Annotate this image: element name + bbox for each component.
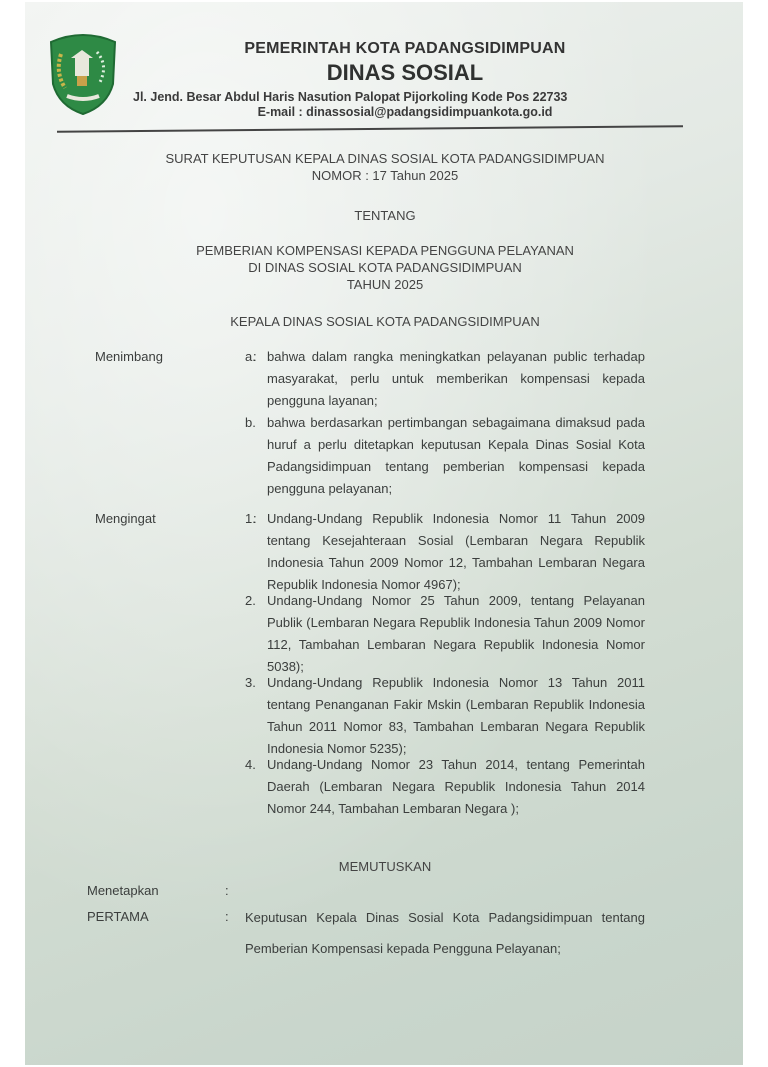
menetapkan-colon: : [225,880,229,902]
memutuskan-heading: MEMUTUSKAN [85,858,685,875]
item-marker: 1. [245,508,256,530]
letterhead-divider [57,125,683,132]
city-coat-of-arms-icon [47,32,119,116]
item-marker: 4. [245,754,256,776]
pertama-colon: : [225,906,229,928]
document-page: PEMERINTAH KOTA PADANGSIDIMPUAN DINAS SO… [25,2,743,1065]
subject-line-1: PEMBERIAN KOMPENSASI KEPADA PENGGUNA PEL… [85,242,685,259]
item-marker: 3. [245,672,256,694]
menimbang-label: Menimbang [95,346,163,368]
item-marker: a. [245,346,256,368]
item-text: Undang-Undang Nomor 23 Tahun 2014, tenta… [267,754,645,820]
government-name: PEMERINTAH KOTA PADANGSIDIMPUAN [125,40,685,58]
agency-address: Jl. Jend. Besar Abdul Haris Nasution Pal… [125,90,685,104]
agency-name: DINAS SOSIAL [125,60,685,86]
decree-number: NOMOR : 17 Tahun 2025 [85,167,685,184]
subject-line-3: TAHUN 2025 [85,276,685,293]
item-text: Undang-Undang Republik Indonesia Nomor 1… [267,508,645,596]
mengingat-label: Mengingat [95,508,156,530]
issuer-heading: KEPALA DINAS SOSIAL KOTA PADANGSIDIMPUAN [85,313,685,330]
letterhead: PEMERINTAH KOTA PADANGSIDIMPUAN DINAS SO… [125,40,685,119]
pertama-text: Keputusan Kepala Dinas Sosial Kota Padan… [245,902,645,964]
decree-title: SURAT KEPUTUSAN KEPALA DINAS SOSIAL KOTA… [85,150,685,167]
item-text: bahwa berdasarkan pertimbangan sebagaima… [267,412,645,500]
agency-email: E-mail : dinassosial@padangsidimpuankota… [125,105,685,119]
item-text: Undang-Undang Republik Indonesia Nomor 1… [267,672,645,760]
item-marker: 2. [245,590,256,612]
menetapkan-label: Menetapkan [87,880,159,902]
pertama-label: PERTAMA [87,906,149,928]
item-marker: b. [245,412,256,434]
subject-line-2: DI DINAS SOSIAL KOTA PADANGSIDIMPUAN [85,259,685,276]
item-text: Undang-Undang Nomor 25 Tahun 2009, tenta… [267,590,645,678]
item-text: bahwa dalam rangka meningkatkan pelayana… [267,346,645,412]
tentang-heading: TENTANG [85,207,685,224]
